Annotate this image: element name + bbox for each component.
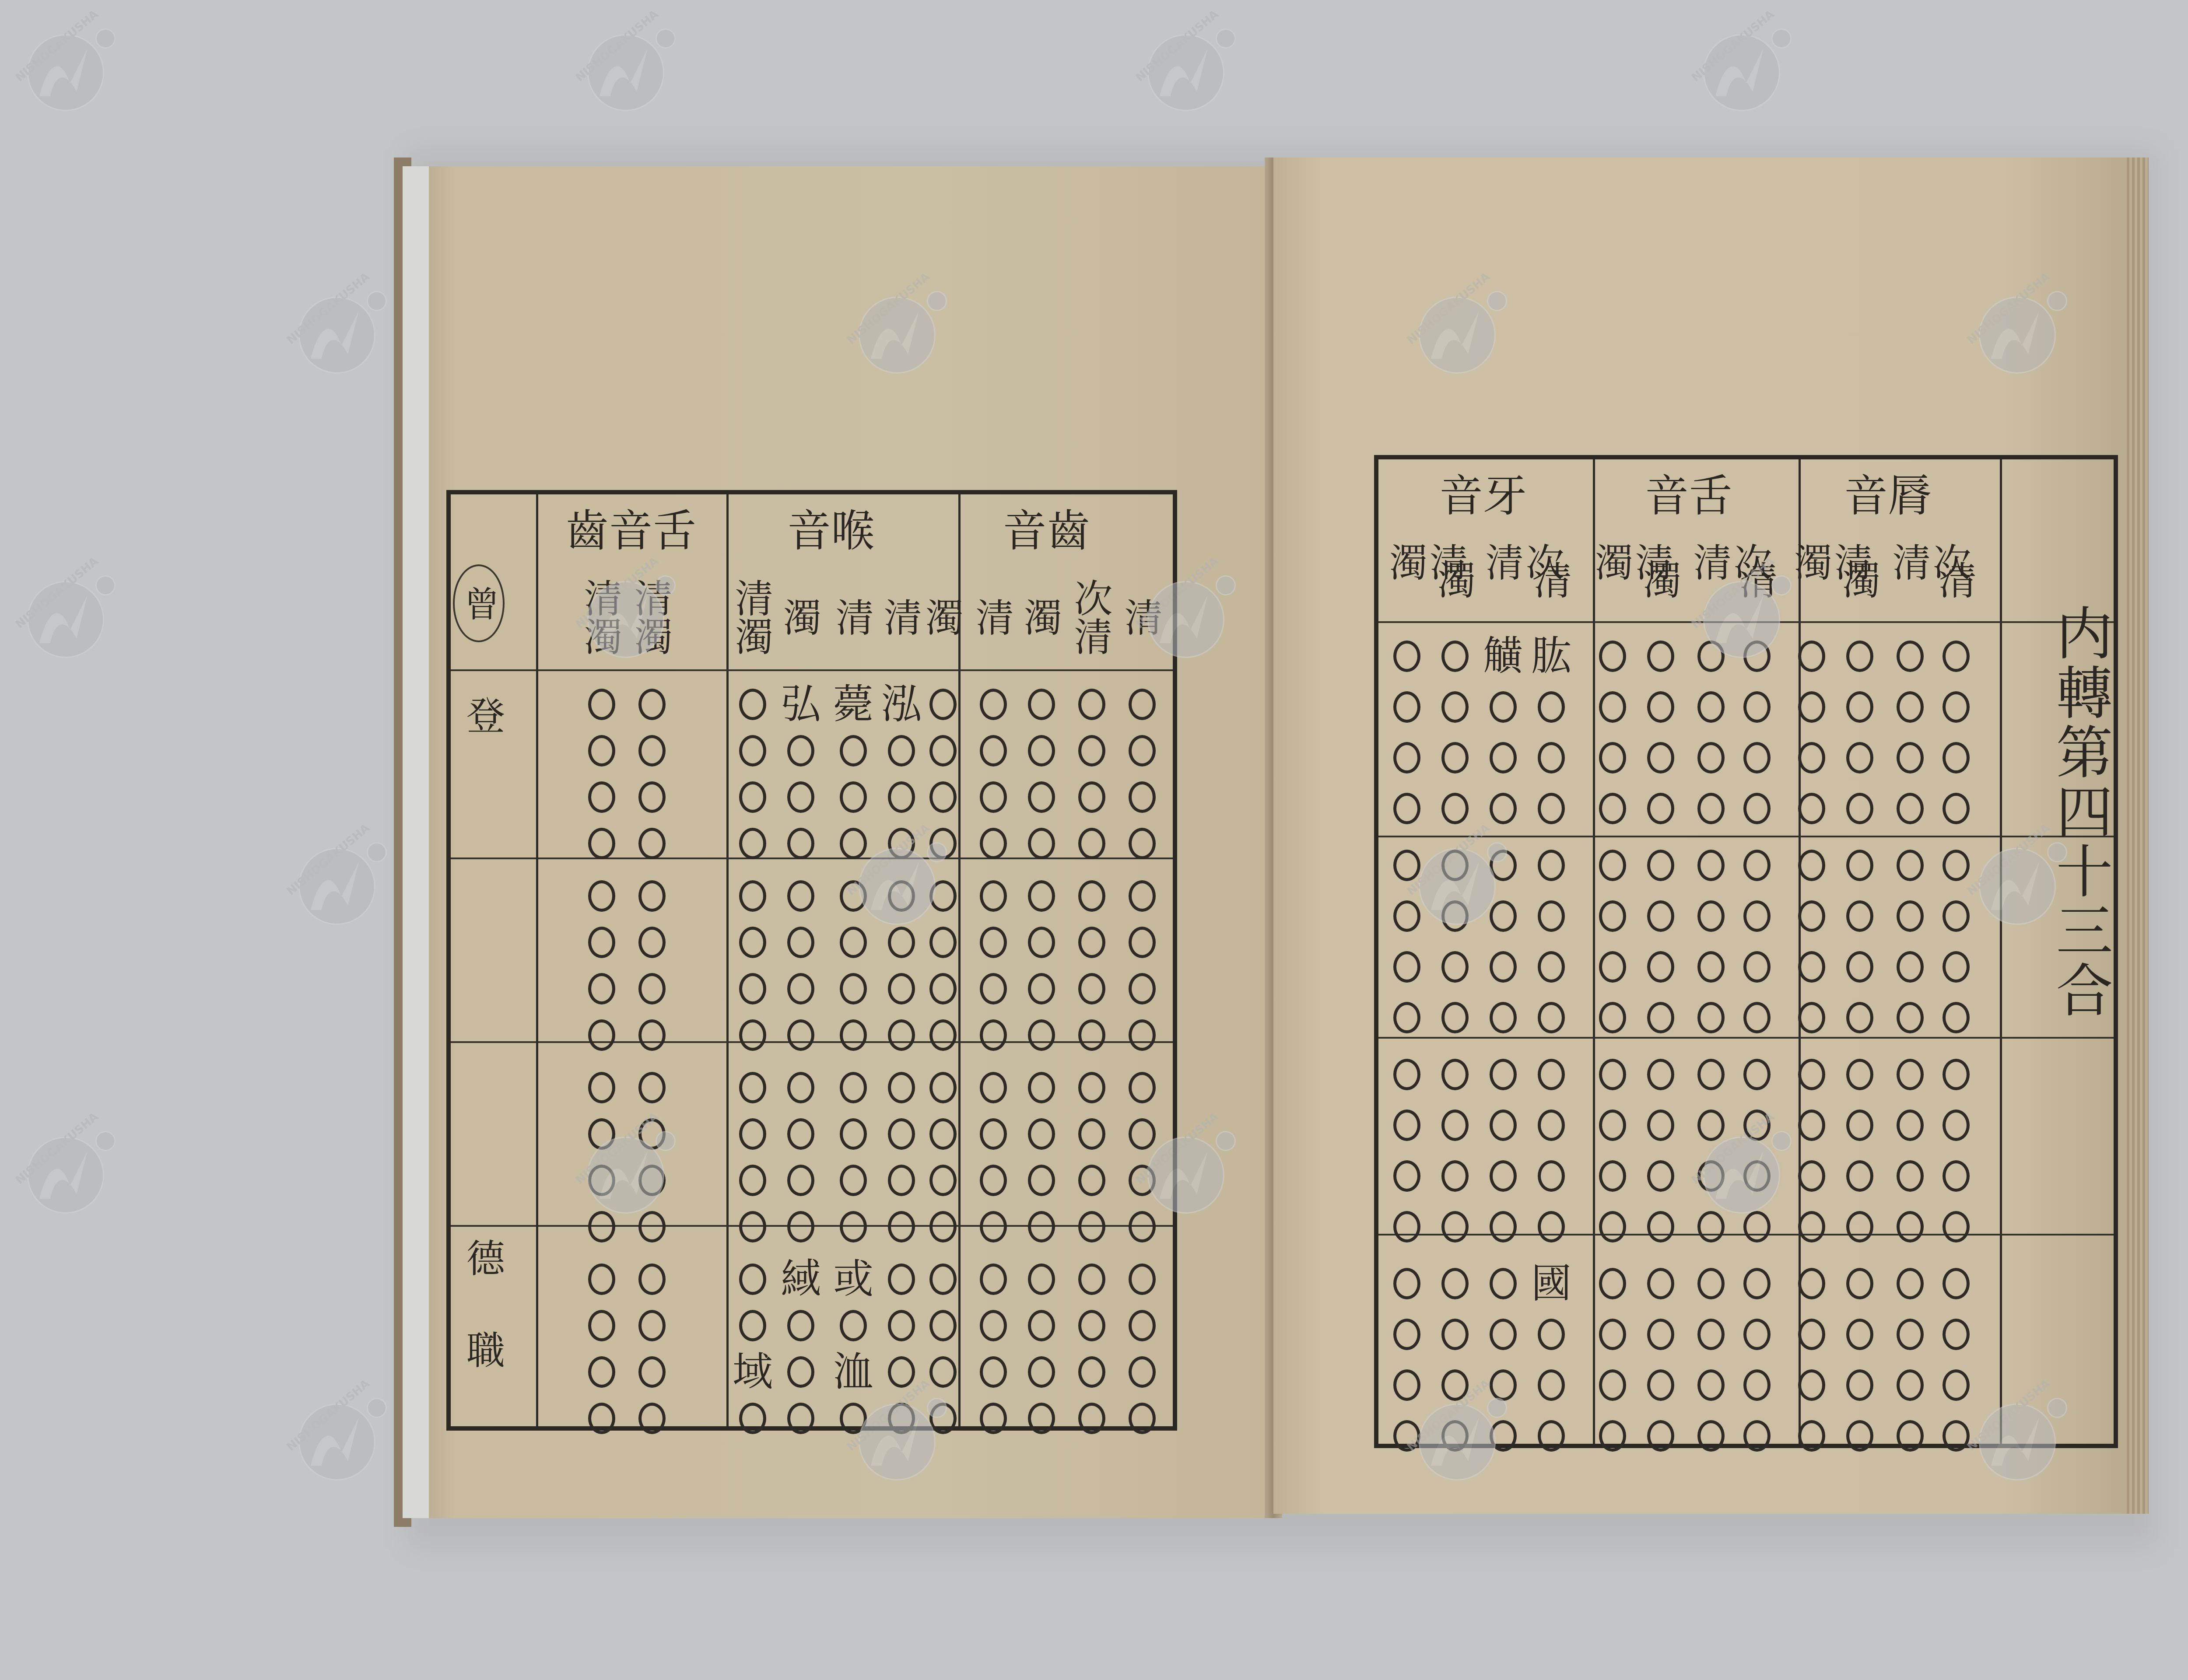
- empty-slot-circle: [836, 878, 871, 913]
- empty-slot-circle: [1595, 1266, 1630, 1301]
- circle-icon: [1897, 1160, 1924, 1192]
- empty-slot-circle: [1739, 1209, 1774, 1244]
- empty-slot-circle: [836, 826, 871, 861]
- circle-icon: [1647, 1160, 1674, 1192]
- circle-icon: [1697, 1211, 1725, 1242]
- rhyme-character: 緎: [779, 1257, 823, 1301]
- circle-icon: [1697, 1059, 1725, 1090]
- empty-slot-circle: [1389, 740, 1424, 775]
- circle-icon: [787, 1019, 814, 1051]
- empty-slot-circle: [1389, 1317, 1424, 1352]
- circle-icon: [739, 781, 766, 813]
- empty-slot-circle: [1739, 1317, 1774, 1352]
- circle-icon: [1028, 1310, 1055, 1341]
- empty-slot-circle: [1074, 1262, 1109, 1297]
- circle-icon: [638, 973, 666, 1004]
- column-header: 清濁: [580, 569, 624, 665]
- circle-icon: [1078, 1310, 1105, 1341]
- circle-icon: [1647, 793, 1674, 824]
- empty-slot-circle: [1893, 899, 1928, 934]
- empty-slot-circle: [1486, 1057, 1521, 1092]
- circle-icon: [1697, 1160, 1725, 1192]
- circle-icon: [1798, 1319, 1825, 1350]
- column-header: 清: [1120, 569, 1164, 665]
- empty-slot-circle: [976, 826, 1011, 861]
- circle-icon: [1393, 1369, 1420, 1401]
- empty-slot-circle: [1694, 899, 1729, 934]
- empty-slot-circle: [926, 1308, 961, 1343]
- circle-icon: [1393, 951, 1420, 983]
- circle-icon: [1798, 1059, 1825, 1090]
- section-divider: [1378, 1037, 2114, 1039]
- circle-icon: [1129, 1118, 1156, 1150]
- empty-slot-circle: [1074, 780, 1109, 815]
- empty-slot-circle: [1739, 1418, 1774, 1453]
- empty-slot-circle: [1694, 1266, 1729, 1301]
- empty-slot-circle: [735, 826, 770, 861]
- circle-icon: [980, 927, 1007, 958]
- empty-slot-circle: [1939, 1000, 1974, 1035]
- circle-icon: [980, 1165, 1007, 1196]
- circle-icon: [1846, 640, 1873, 672]
- circle-icon: [980, 1072, 1007, 1103]
- empty-slot-circle: [1389, 1368, 1424, 1403]
- circle-icon: [1538, 691, 1565, 723]
- circle-icon: [1897, 742, 1924, 773]
- empty-slot-circle: [926, 1070, 961, 1105]
- empty-slot-circle: [976, 1401, 1011, 1436]
- empty-slot-circle: [1939, 1317, 1974, 1352]
- circle-icon: [1943, 951, 1970, 983]
- chart-title: 内轉第四十三合: [2039, 604, 2121, 1020]
- rhyme-character: 或: [831, 1257, 875, 1301]
- empty-slot-circle: [1486, 1108, 1521, 1143]
- group-header-1: 舌 音: [1586, 472, 1783, 547]
- empty-slot-circle: [1486, 949, 1521, 984]
- empty-slot-circle: [1074, 1163, 1109, 1198]
- circle-icon: [980, 880, 1007, 912]
- group-divider: [726, 494, 729, 1426]
- empty-slot-circle: [1893, 1057, 1928, 1092]
- empty-slot-circle: [1643, 899, 1678, 934]
- empty-slot-circle: [584, 1354, 619, 1389]
- circle-icon: [1129, 828, 1156, 859]
- circle-icon: [1599, 691, 1626, 723]
- watermark-logo-icon: NISHOGAKUSHA: [9, 9, 109, 109]
- circle-icon: [980, 1118, 1007, 1150]
- empty-slot-circle: [884, 733, 919, 768]
- circle-icon: [787, 1356, 814, 1388]
- circle-icon: [1078, 1403, 1105, 1434]
- empty-slot-circle: [1074, 925, 1109, 960]
- circle-icon: [888, 1072, 915, 1103]
- circle-icon: [929, 1310, 957, 1341]
- empty-slot-circle: [836, 733, 871, 768]
- column-header: 清: [880, 569, 923, 665]
- circle-icon: [1393, 1160, 1420, 1192]
- empty-slot-circle: [1024, 971, 1059, 1006]
- circle-icon: [1129, 735, 1156, 766]
- empty-slot-circle: [926, 925, 961, 960]
- circle-icon: [1798, 1268, 1825, 1299]
- circle-icon: [1943, 1420, 1970, 1452]
- empty-slot-circle: [976, 1308, 1011, 1343]
- empty-slot-circle: [1389, 1158, 1424, 1193]
- circle-icon: [1441, 1109, 1469, 1141]
- circle-icon: [888, 1403, 915, 1434]
- circle-icon: [1078, 781, 1105, 813]
- circle-icon: [1846, 1319, 1873, 1350]
- empty-slot-circle: [1486, 1158, 1521, 1193]
- circle-icon: [1846, 900, 1873, 932]
- empty-slot-circle: [1438, 1000, 1473, 1035]
- empty-slot-circle: [976, 971, 1011, 1006]
- circle-icon: [1743, 1319, 1771, 1350]
- empty-slot-circle: [1074, 687, 1109, 722]
- empty-slot-circle: [1643, 791, 1678, 826]
- circle-icon: [739, 1165, 766, 1196]
- empty-slot-circle: [1842, 1418, 1877, 1453]
- circle-icon: [1538, 1420, 1565, 1452]
- circle-icon: [1393, 1319, 1420, 1350]
- empty-slot-circle: [1389, 1000, 1424, 1035]
- empty-slot-circle: [1794, 1317, 1829, 1352]
- empty-slot-circle: [584, 1070, 619, 1105]
- empty-slot-circle: [584, 1262, 619, 1297]
- circled-rhyme-char: 曾: [453, 564, 505, 642]
- empty-slot-circle: [1024, 878, 1059, 913]
- circle-icon: [888, 1019, 915, 1051]
- right-rhyme-table: 脣 音清次清濁清濁舌 音清次清濁清濁牙 音清肱國次清觵濁清濁: [1374, 455, 2118, 1448]
- page-stack-edge: [2127, 157, 2149, 1514]
- circle-icon: [1846, 1268, 1873, 1299]
- circle-icon: [1393, 850, 1420, 881]
- circle-icon: [888, 880, 915, 912]
- circle-icon: [1897, 951, 1924, 983]
- circle-icon: [980, 689, 1007, 720]
- empty-slot-circle: [1074, 1116, 1109, 1151]
- empty-slot-circle: [584, 925, 619, 960]
- circle-icon: [1129, 781, 1156, 813]
- empty-slot-circle: [836, 1308, 871, 1343]
- empty-slot-circle: [1389, 848, 1424, 883]
- rhyme-character: 薨: [831, 682, 875, 726]
- empty-slot-circle: [1794, 1266, 1829, 1301]
- empty-slot-circle: [1643, 1418, 1678, 1453]
- circle-icon: [638, 735, 666, 766]
- empty-slot-circle: [1074, 1308, 1109, 1343]
- circle-icon: [1393, 900, 1420, 932]
- circle-icon: [739, 735, 766, 766]
- watermark-logo-icon: NISHOGAKUSHA: [280, 822, 381, 923]
- circle-icon: [1743, 793, 1771, 824]
- circle-icon: [1078, 735, 1105, 766]
- circle-icon: [1599, 742, 1626, 773]
- circle-icon: [840, 828, 867, 859]
- empty-slot-circle: [1643, 1266, 1678, 1301]
- column-header: 清濁: [1790, 542, 1834, 617]
- circle-icon: [1028, 1263, 1055, 1295]
- circle-icon: [1490, 1160, 1517, 1192]
- circle-icon: [1647, 951, 1674, 983]
- empty-slot-circle: [1024, 1262, 1059, 1297]
- empty-slot-circle: [1534, 740, 1569, 775]
- empty-slot-circle: [1486, 689, 1521, 724]
- circle-icon: [1846, 951, 1873, 983]
- circle-icon: [1743, 1160, 1771, 1192]
- empty-slot-circle: [1694, 689, 1729, 724]
- empty-slot-circle: [1125, 733, 1160, 768]
- empty-slot-circle: [1534, 1057, 1569, 1092]
- empty-slot-circle: [584, 971, 619, 1006]
- empty-slot-circle: [1794, 848, 1829, 883]
- circle-icon: [1490, 1420, 1517, 1452]
- empty-slot-circle: [1534, 689, 1569, 724]
- circle-icon: [1647, 1369, 1674, 1401]
- circle-icon: [1129, 1403, 1156, 1434]
- column-header: 清濁: [1591, 542, 1634, 617]
- circle-icon: [1028, 735, 1055, 766]
- circle-icon: [888, 781, 915, 813]
- circle-icon: [1697, 1268, 1725, 1299]
- circle-icon: [1393, 1059, 1420, 1090]
- empty-slot-circle: [1024, 1070, 1059, 1105]
- empty-slot-circle: [1438, 1418, 1473, 1453]
- circle-icon: [1078, 880, 1105, 912]
- circle-icon: [1129, 1019, 1156, 1051]
- empty-slot-circle: [1534, 791, 1569, 826]
- circle-icon: [638, 1165, 666, 1196]
- circle-icon: [1599, 900, 1626, 932]
- circle-icon: [1538, 742, 1565, 773]
- circle-icon: [1538, 1319, 1565, 1350]
- empty-slot-circle: [735, 1209, 770, 1244]
- circle-icon: [1897, 900, 1924, 932]
- empty-slot-circle: [1794, 1108, 1829, 1143]
- circle-icon: [1129, 1211, 1156, 1242]
- circle-icon: [588, 973, 615, 1004]
- circle-icon: [1028, 973, 1055, 1004]
- circle-icon: [1647, 742, 1674, 773]
- empty-slot-circle: [884, 1308, 919, 1343]
- empty-slot-circle: [1794, 639, 1829, 674]
- empty-slot-circle: [1893, 639, 1928, 674]
- page-underlay: [403, 166, 429, 1518]
- circle-icon: [638, 828, 666, 859]
- empty-slot-circle: [783, 1018, 818, 1053]
- circle-icon: [1743, 640, 1771, 672]
- column-header: 濁: [1020, 569, 1063, 665]
- circle-icon: [1490, 1059, 1517, 1090]
- empty-slot-circle: [1694, 949, 1729, 984]
- circle-icon: [1647, 1420, 1674, 1452]
- empty-slot-circle: [1739, 1266, 1774, 1301]
- empty-slot-circle: [1534, 1418, 1569, 1453]
- empty-slot-circle: [584, 1116, 619, 1151]
- empty-slot-circle: [584, 1401, 619, 1436]
- empty-slot-circle: [976, 1209, 1011, 1244]
- empty-slot-circle: [1024, 780, 1059, 815]
- empty-slot-circle: [635, 971, 670, 1006]
- empty-slot-circle: [1739, 848, 1774, 883]
- circle-icon: [1943, 850, 1970, 881]
- empty-slot-circle: [884, 878, 919, 913]
- circle-icon: [1028, 1356, 1055, 1388]
- empty-slot-circle: [1486, 740, 1521, 775]
- empty-slot-circle: [1842, 949, 1877, 984]
- circle-icon: [1897, 691, 1924, 723]
- empty-slot-circle: [1842, 689, 1877, 724]
- empty-slot-circle: [1739, 949, 1774, 984]
- empty-slot-circle: [836, 971, 871, 1006]
- watermark-logo-icon: NISHOGAKUSHA: [1685, 9, 1785, 109]
- circle-icon: [1743, 1059, 1771, 1090]
- empty-slot-circle: [1486, 1000, 1521, 1035]
- circle-icon: [1490, 1002, 1517, 1033]
- circle-icon: [1743, 1268, 1771, 1299]
- empty-slot-circle: [635, 733, 670, 768]
- empty-slot-circle: [1534, 899, 1569, 934]
- empty-slot-circle: [1125, 1354, 1160, 1389]
- circle-icon: [1490, 1211, 1517, 1242]
- empty-slot-circle: [884, 1116, 919, 1151]
- empty-slot-circle: [976, 1354, 1011, 1389]
- empty-slot-circle: [926, 1018, 961, 1053]
- circle-icon: [1647, 900, 1674, 932]
- empty-slot-circle: [635, 878, 670, 913]
- circle-icon: [1393, 1268, 1420, 1299]
- circle-icon: [980, 781, 1007, 813]
- empty-slot-circle: [1389, 1418, 1424, 1453]
- empty-slot-circle: [1794, 949, 1829, 984]
- empty-slot-circle: [1389, 899, 1424, 934]
- empty-slot-circle: [1595, 1317, 1630, 1352]
- empty-slot-circle: [1125, 1070, 1160, 1105]
- empty-slot-circle: [735, 1308, 770, 1343]
- empty-slot-circle: [1074, 1209, 1109, 1244]
- circle-icon: [1599, 850, 1626, 881]
- empty-slot-circle: [1595, 791, 1630, 826]
- circle-icon: [787, 735, 814, 766]
- column-header: 次清: [1888, 542, 1932, 617]
- column-header: 濁: [921, 569, 965, 665]
- empty-slot-circle: [1389, 1209, 1424, 1244]
- rhyme-character: 泓: [880, 682, 923, 726]
- circle-icon: [1441, 1268, 1469, 1299]
- circle-icon: [1129, 973, 1156, 1004]
- circle-icon: [1897, 1369, 1924, 1401]
- empty-slot-circle: [1893, 1209, 1928, 1244]
- group-divider: [2000, 459, 2002, 1444]
- header-divider: [451, 669, 1173, 671]
- circle-icon: [1441, 1369, 1469, 1401]
- circle-icon: [1393, 1211, 1420, 1242]
- empty-slot-circle: [926, 971, 961, 1006]
- circle-icon: [1599, 1059, 1626, 1090]
- empty-slot-circle: [1643, 848, 1678, 883]
- circle-icon: [1943, 1109, 1970, 1141]
- circle-icon: [1846, 850, 1873, 881]
- empty-slot-circle: [1643, 740, 1678, 775]
- empty-slot-circle: [635, 1354, 670, 1389]
- circle-icon: [638, 1019, 666, 1051]
- circle-icon: [739, 1072, 766, 1103]
- empty-slot-circle: [735, 1401, 770, 1436]
- circle-icon: [588, 1165, 615, 1196]
- empty-slot-circle: [1438, 1108, 1473, 1143]
- empty-slot-circle: [1842, 1057, 1877, 1092]
- circle-icon: [1599, 1109, 1626, 1141]
- empty-slot-circle: [1438, 899, 1473, 934]
- empty-slot-circle: [1438, 1158, 1473, 1193]
- empty-slot-circle: [1438, 848, 1473, 883]
- empty-slot-circle: [926, 1401, 961, 1436]
- circle-icon: [1078, 1165, 1105, 1196]
- circle-icon: [1743, 1211, 1771, 1242]
- circle-icon: [980, 1403, 1007, 1434]
- circle-icon: [787, 828, 814, 859]
- circle-icon: [1129, 1356, 1156, 1388]
- empty-slot-circle: [1595, 1057, 1630, 1092]
- circle-icon: [1897, 640, 1924, 672]
- empty-slot-circle: [1939, 949, 1974, 984]
- circle-icon: [1798, 1109, 1825, 1141]
- empty-slot-circle: [1893, 1000, 1928, 1035]
- empty-slot-circle: [1939, 791, 1974, 826]
- empty-slot-circle: [1024, 1116, 1059, 1151]
- circle-icon: [1129, 1310, 1156, 1341]
- circle-icon: [1078, 1019, 1105, 1051]
- circle-icon: [1897, 1420, 1924, 1452]
- circle-icon: [588, 1072, 615, 1103]
- empty-slot-circle: [1893, 848, 1928, 883]
- empty-slot-circle: [1939, 1209, 1974, 1244]
- empty-slot-circle: [1074, 1070, 1109, 1105]
- circle-icon: [980, 1019, 1007, 1051]
- circle-icon: [888, 1310, 915, 1341]
- empty-slot-circle: [1438, 1209, 1473, 1244]
- empty-slot-circle: [1893, 949, 1928, 984]
- empty-slot-circle: [635, 1209, 670, 1244]
- circle-icon: [929, 1118, 957, 1150]
- empty-slot-circle: [735, 1018, 770, 1053]
- empty-slot-circle: [1842, 639, 1877, 674]
- empty-slot-circle: [976, 925, 1011, 960]
- circle-icon: [588, 689, 615, 720]
- empty-slot-circle: [735, 1163, 770, 1198]
- empty-slot-circle: [1024, 1209, 1059, 1244]
- circle-icon: [1943, 900, 1970, 932]
- empty-slot-circle: [1438, 791, 1473, 826]
- empty-slot-circle: [1389, 639, 1424, 674]
- circle-icon: [739, 1019, 766, 1051]
- watermark-logo-icon: NISHOGAKUSHA: [9, 1111, 109, 1212]
- column-header: 次清: [1689, 542, 1733, 617]
- circle-icon: [1490, 951, 1517, 983]
- circle-icon: [1028, 781, 1055, 813]
- empty-slot-circle: [1534, 1209, 1569, 1244]
- empty-slot-circle: [1694, 1209, 1729, 1244]
- circle-icon: [888, 828, 915, 859]
- empty-slot-circle: [1595, 1108, 1630, 1143]
- empty-slot-circle: [1842, 1317, 1877, 1352]
- rhyme-character: 觵: [1481, 634, 1525, 678]
- circle-icon: [929, 1165, 957, 1196]
- rhyme-character: 肱: [1529, 634, 1573, 678]
- empty-slot-circle: [1438, 639, 1473, 674]
- empty-slot-circle: [1438, 1368, 1473, 1403]
- empty-slot-circle: [884, 971, 919, 1006]
